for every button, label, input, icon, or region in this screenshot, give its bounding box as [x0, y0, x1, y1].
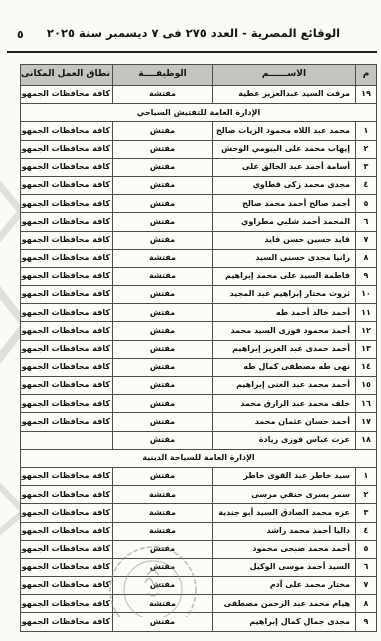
section-title: الإدارة العامة للسياحة الدينية [21, 449, 377, 467]
cell-no: ١٩ [356, 86, 377, 104]
cell-job: مفتش [113, 213, 213, 231]
table-row: ١٧أحمد حسان عثمان محمدمفتشكافة محافظات ا… [21, 413, 377, 431]
cell-name: أحمد حسان عثمان محمد [213, 413, 356, 431]
table-row: ٤داليا أحمد محمد راشدمفتشةكافة محافظات ا… [21, 522, 377, 540]
table-row: ٧فايد حسين حسن فايدمفتشكافة محافظات الجم… [21, 231, 377, 249]
cell-name: مجدى محمد زكى قطاوي [213, 176, 356, 194]
table-row: ١٥أحمد محمد عبد الغنى إبراهيممفتشكافة مح… [21, 377, 377, 395]
table-row: ٨رانيا مجدى حسنى السيدمفتشةكافة محافظات … [21, 249, 377, 267]
cell-job: مفتشة [113, 486, 213, 504]
table-row: ٩فاطمة السيد على محمد إبراهيممفتشةكافة م… [21, 267, 377, 285]
cell-no: ٨ [356, 249, 377, 267]
cell-no: ٥ [356, 195, 377, 213]
cell-name: السيد أحمد موسى الوكيل [213, 558, 356, 576]
cell-job: مفتش [113, 613, 213, 631]
cell-scope: كافة محافظات الجمهورية [21, 613, 113, 631]
cell-job: مفتش [113, 195, 213, 213]
gazette-page: { "page": { "header_title": "الوقائع الم… [0, 0, 381, 641]
table-row: ٢إيهاب محمد على البيومي الوحشمفتشكافة مح… [21, 140, 377, 158]
cell-scope: كافة محافظات الجمهورية [21, 340, 113, 358]
table-body: ١٩مرفت السيد عبدالعزيز عطيةمفتشةكافة محا… [21, 86, 377, 632]
cell-job: مفتش [113, 467, 213, 485]
cell-scope: كافة محافظات الجمهورية [21, 231, 113, 249]
cell-job: مفتشة [113, 504, 213, 522]
cell-job: مفتش [113, 395, 213, 413]
cell-no: ٦ [356, 558, 377, 576]
cell-scope: كافة محافظات الجمهورية [21, 213, 113, 231]
cell-scope: كافة محافظات الجمهورية [21, 140, 113, 158]
cell-scope: كافة محافظات الجمهورية [21, 577, 113, 595]
cell-name: داليا أحمد محمد راشد [213, 522, 356, 540]
cell-no: ٩ [356, 267, 377, 285]
cell-job: مفتشة [113, 267, 213, 285]
column-header-job: الوظيفــــة [113, 65, 213, 86]
cell-job: مفتش [113, 577, 213, 595]
cell-no: ٥ [356, 540, 377, 558]
table-row: ١سيد خاطر عبد القوى خاطرمفتشكافة محافظات… [21, 467, 377, 485]
table-row: ١٨عزت عباس فوزى زيادةمفتش [21, 431, 377, 449]
cell-no: ١٧ [356, 413, 377, 431]
table-row: ١١أحمد خالد أحمد طهمفتشكافة محافظات الجم… [21, 304, 377, 322]
cell-no: ١ [356, 467, 377, 485]
cell-name: ثروت مختار إبراهيم عبد المجيد [213, 286, 356, 304]
section-row: الإدارة العامة للسياحة الدينية [21, 449, 377, 467]
cell-scope: كافة محافظات الجمهورية [21, 195, 113, 213]
table-row: ١٦خلف محمد عبد الرازق محمدمفتشكافة محافظ… [21, 395, 377, 413]
cell-no: ٢ [356, 140, 377, 158]
section-row: الإدارة العامة للتفتيش السياحي [21, 104, 377, 122]
cell-name: فايد حسين حسن فايد [213, 231, 356, 249]
cell-no: ٦ [356, 213, 377, 231]
cell-job: مفتشة [113, 86, 213, 104]
cell-scope: كافة محافظات الجمهورية [21, 322, 113, 340]
cell-job: مفتش [113, 122, 213, 140]
cell-scope: كافة محافظات الجمهورية [21, 358, 113, 376]
cell-no: ١٠ [356, 286, 377, 304]
cell-scope: كافة محافظات الجمهورية [21, 158, 113, 176]
cell-scope: كافة محافظات الجمهورية [21, 504, 113, 522]
cell-job: مفتش [113, 413, 213, 431]
cell-job: مفتش [113, 176, 213, 194]
cell-name: رانيا مجدى حسنى السيد [213, 249, 356, 267]
table-row: ٨هيام محمد عبد الرحمن مصطفىمفتشةكافة محا… [21, 595, 377, 613]
inspectors-table: م الاســــــم الوظيفــــة نطاق العمل الم… [20, 64, 377, 632]
column-header-scope: نطاق العمل المكانى [21, 65, 113, 86]
table-row: ٥أحمد صالح أحمد محمد صالحمفتشكافة محافظا… [21, 195, 377, 213]
cell-name: أحمد محمد عبد الغنى إبراهيم [213, 377, 356, 395]
cell-scope: كافة محافظات الجمهورية [21, 249, 113, 267]
cell-no: ١٣ [356, 340, 377, 358]
table-row: ٥أحمد محمد صبحى محمودمفتشكافة محافظات ال… [21, 540, 377, 558]
cell-name: فاطمة السيد على محمد إبراهيم [213, 267, 356, 285]
header-divider [7, 51, 377, 53]
table-row: ١٣أحمد حمدى عبد العزيز إبراهيممفتشكافة م… [21, 340, 377, 358]
cell-job: مفتش [113, 558, 213, 576]
table-row: ٣أسامة أحمد عبد الخالق علىمفتشكافة محافظ… [21, 158, 377, 176]
cell-scope: كافة محافظات الجمهورية [21, 467, 113, 485]
cell-name: أحمد محمد صبحى محمود [213, 540, 356, 558]
cell-no: ١٨ [356, 431, 377, 449]
cell-no: ٧ [356, 577, 377, 595]
cell-job: مفتشة [113, 595, 213, 613]
cell-scope: كافة محافظات الجمهورية [21, 486, 113, 504]
cell-job: مفتش [113, 340, 213, 358]
cell-scope: كافة محافظات الجمهورية [21, 377, 113, 395]
cell-scope: كافة محافظات الجمهورية [21, 267, 113, 285]
cell-name: أحمد حمدى عبد العزيز إبراهيم [213, 340, 356, 358]
cell-no: ٣ [356, 158, 377, 176]
cell-name: إيهاب محمد على البيومي الوحش [213, 140, 356, 158]
table-row: ٣عزه محمد الصادق السيد أبو جنديةمفتشةكاف… [21, 504, 377, 522]
cell-no: ١١ [356, 304, 377, 322]
page-number: ٥ [17, 28, 24, 41]
cell-job: مفتشة [113, 249, 213, 267]
cell-name: عزه محمد الصادق السيد أبو جندية [213, 504, 356, 522]
cell-name: أسامة أحمد عبد الخالق على [213, 158, 356, 176]
table-row: ٤مجدى محمد زكى قطاويمفتشكافة محافظات الج… [21, 176, 377, 194]
cell-name: سيد خاطر عبد القوى خاطر [213, 467, 356, 485]
cell-scope: كافة محافظات الجمهورية [21, 176, 113, 194]
cell-job: مفتش [113, 304, 213, 322]
page-title: الوقائع المصرية - العدد ٢٧٥ فى ٧ ديسمبر … [40, 26, 347, 40]
cell-job: مفتش [113, 140, 213, 158]
cell-scope [21, 431, 113, 449]
cell-scope: كافة محافظات الجمهورية [21, 522, 113, 540]
cell-job: مفتش [113, 377, 213, 395]
cell-job: مفتش [113, 431, 213, 449]
cell-no: ١٤ [356, 358, 377, 376]
cell-name: نهى طه مصطفى كمال طه [213, 358, 356, 376]
cell-name: محمد عبد اللاه محمود الزيات صالح الزيات [213, 122, 356, 140]
cell-name: مختار محمد على آدم [213, 577, 356, 595]
table-row: ١٩مرفت السيد عبدالعزيز عطيةمفتشةكافة محا… [21, 86, 377, 104]
cell-name: أحمد محمود فوزى السيد محمد [213, 322, 356, 340]
cell-no: ١ [356, 122, 377, 140]
column-header-number: م [356, 65, 377, 86]
cell-scope: كافة محافظات الجمهورية [21, 395, 113, 413]
cell-job: مفتش [113, 286, 213, 304]
cell-job: مفتش [113, 540, 213, 558]
cell-name: أحمد خالد أحمد طه [213, 304, 356, 322]
cell-job: مفتش [113, 231, 213, 249]
cell-scope: كافة محافظات الجمهورية [21, 595, 113, 613]
cell-no: ٧ [356, 231, 377, 249]
cell-name: المحمد أحمد شلبي مطراوي [213, 213, 356, 231]
cell-no: ١٢ [356, 322, 377, 340]
table-row: ١٠ثروت مختار إبراهيم عبد المجيدمفتشكافة … [21, 286, 377, 304]
section-title: الإدارة العامة للتفتيش السياحي [21, 104, 377, 122]
cell-no: ٣ [356, 504, 377, 522]
cell-scope: كافة محافظات الجمهورية [21, 286, 113, 304]
cell-name: خلف محمد عبد الرازق محمد [213, 395, 356, 413]
cell-scope: كافة محافظات الجمهورية [21, 86, 113, 104]
table-row: ١٤نهى طه مصطفى كمال طهمفتشكافة محافظات ا… [21, 358, 377, 376]
cell-scope: كافة محافظات الجمهورية [21, 413, 113, 431]
cell-name: عزت عباس فوزى زيادة [213, 431, 356, 449]
cell-no: ٤ [356, 522, 377, 540]
table-row: ٦المحمد أحمد شلبي مطراويمفتشكافة محافظات… [21, 213, 377, 231]
cell-scope: كافة محافظات الجمهورية [21, 558, 113, 576]
cell-no: ١٦ [356, 395, 377, 413]
cell-name: سمر يسرى حنفي مرسى [213, 486, 356, 504]
cell-name: مجدى جمال كمال إبراهيم [213, 613, 356, 631]
table-row: ٧مختار محمد على آدممفتشكافة محافظات الجم… [21, 577, 377, 595]
cell-scope: كافة محافظات الجمهورية [21, 540, 113, 558]
cell-name: هيام محمد عبد الرحمن مصطفى [213, 595, 356, 613]
cell-job: مفتش [113, 322, 213, 340]
cell-job: مفتش [113, 358, 213, 376]
table-row: ٢سمر يسرى حنفي مرسىمفتشةكافة محافظات الج… [21, 486, 377, 504]
table-row: ٩مجدى جمال كمال إبراهيممفتشكافة محافظات … [21, 613, 377, 631]
table-header-row: م الاســــــم الوظيفــــة نطاق العمل الم… [21, 65, 377, 86]
cell-name: مرفت السيد عبدالعزيز عطية [213, 86, 356, 104]
cell-scope: كافة محافظات الجمهورية [21, 304, 113, 322]
table-row: ١محمد عبد اللاه محمود الزيات صالح الزيات… [21, 122, 377, 140]
cell-no: ٩ [356, 613, 377, 631]
cell-job: مفتشة [113, 522, 213, 540]
cell-no: ٢ [356, 486, 377, 504]
table-row: ٦السيد أحمد موسى الوكيلمفتشكافة محافظات … [21, 558, 377, 576]
cell-no: ٨ [356, 595, 377, 613]
table-row: ١٢أحمد محمود فوزى السيد محمدمفتشكافة محا… [21, 322, 377, 340]
column-header-name: الاســــــم [213, 65, 356, 86]
cell-name: أحمد صالح أحمد محمد صالح [213, 195, 356, 213]
cell-no: ٤ [356, 176, 377, 194]
cell-scope: كافة محافظات الجمهورية [21, 122, 113, 140]
cell-no: ١٥ [356, 377, 377, 395]
cell-job: مفتش [113, 158, 213, 176]
